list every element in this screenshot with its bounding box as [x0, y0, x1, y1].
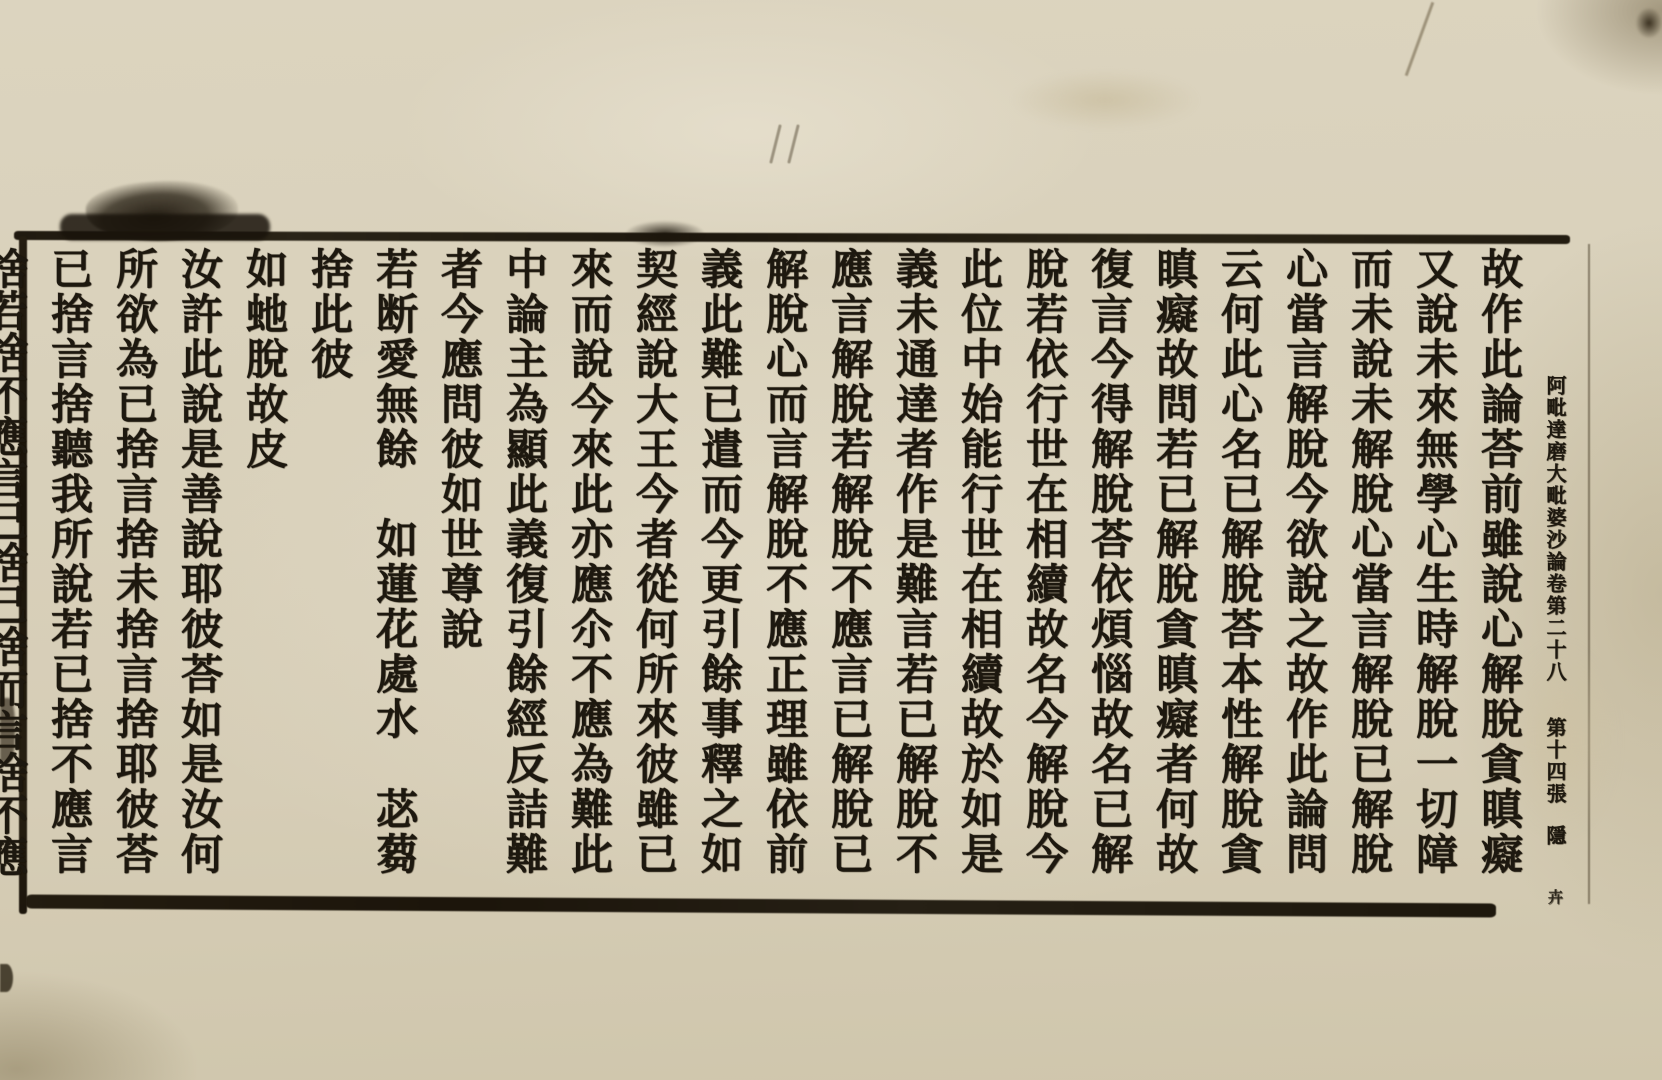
text-column: 已捨言捨聽我所說若已捨不應言 [37, 247, 102, 907]
text-column: 心當言解脫今欲說之故作此論問 [1272, 247, 1337, 907]
pencil-marks [768, 124, 808, 166]
top-border-rule [14, 231, 1570, 244]
text-column: 應言解脫若解脫不應言已解脫已 [817, 247, 882, 907]
text-column: 解脫心而言解脫不應正理雖依前 [752, 247, 817, 907]
text-column: 契經說大王今者從何所來彼雖已 [622, 247, 687, 907]
volume-title-column: 阿毗達磨大毗婆沙論卷第二十八第十四張隱卉 [1532, 247, 1578, 907]
text-column: 復言今得解脫荅依煩惱故名已解 [1077, 247, 1142, 907]
text-column: 義未通達者作是難言若已解脫不 [882, 247, 947, 907]
text-column: 故作此論荅前雖說心解脫貪瞋癡 [1467, 247, 1532, 907]
text-column: 中論主為顯此義復引餘經反詰難 [492, 247, 557, 907]
corner-speck-bottom-left [0, 964, 13, 992]
text-column: 脫若依行世在相續故名今解脫今 [1012, 247, 1077, 907]
scanned-woodblock-page: { "colors": { "paper": "#d9d1bb", "paper… [0, 0, 1662, 1080]
text-column: 此位中始能行世在相續故於如是 [947, 247, 1012, 907]
corner-speck-top-right [1636, 8, 1662, 38]
case-mark: 隱 [1543, 825, 1567, 847]
paper-stain-top [1010, 70, 1200, 130]
text-column: 如虵脫故皮 [232, 247, 297, 907]
text-column: 所欲為已捨言捨未捨言捨耶彼荅 [102, 247, 167, 907]
sutra-text-block: 阿毗達磨大毗婆沙論卷第二十八第十四張隱卉 故作此論荅前雖說心解脫貪瞋癡 又說未來… [26, 247, 1578, 907]
text-column: 又說未來無學心生時解脫一切障 [1402, 247, 1467, 907]
right-frame-line [1588, 244, 1590, 904]
text-column-verse: 若断愛無餘 如蓮花處水 苾蒭捨此彼 [297, 247, 427, 907]
scroll-title: 阿毗達磨大毗婆沙論卷第二十八 [1543, 375, 1567, 683]
text-column: 而未說未解脫心當言解脫已解脫 [1337, 247, 1402, 907]
paper-crease [1405, 2, 1434, 76]
text-column: 義此難已遣而今更引餘事釋之如 [687, 247, 752, 907]
text-column: 者今應問彼如世尊說 [427, 247, 492, 907]
text-column: 捨若捨不應言已捨已捨而言捨不應 [0, 247, 37, 907]
text-column: 云何此心名已解脫荅本性解脫貪 [1207, 247, 1272, 907]
text-column: 來而說今來此亦應尒不應為難此 [557, 247, 622, 907]
engraver-mark: 卉 [1546, 889, 1564, 906]
sheet-number-label: 第十四張 [1543, 717, 1567, 805]
text-column: 瞋癡故問若已解脫貪瞋癡者何故 [1142, 247, 1207, 907]
text-column: 汝許此說是善說耶彼荅如是汝何 [167, 247, 232, 907]
